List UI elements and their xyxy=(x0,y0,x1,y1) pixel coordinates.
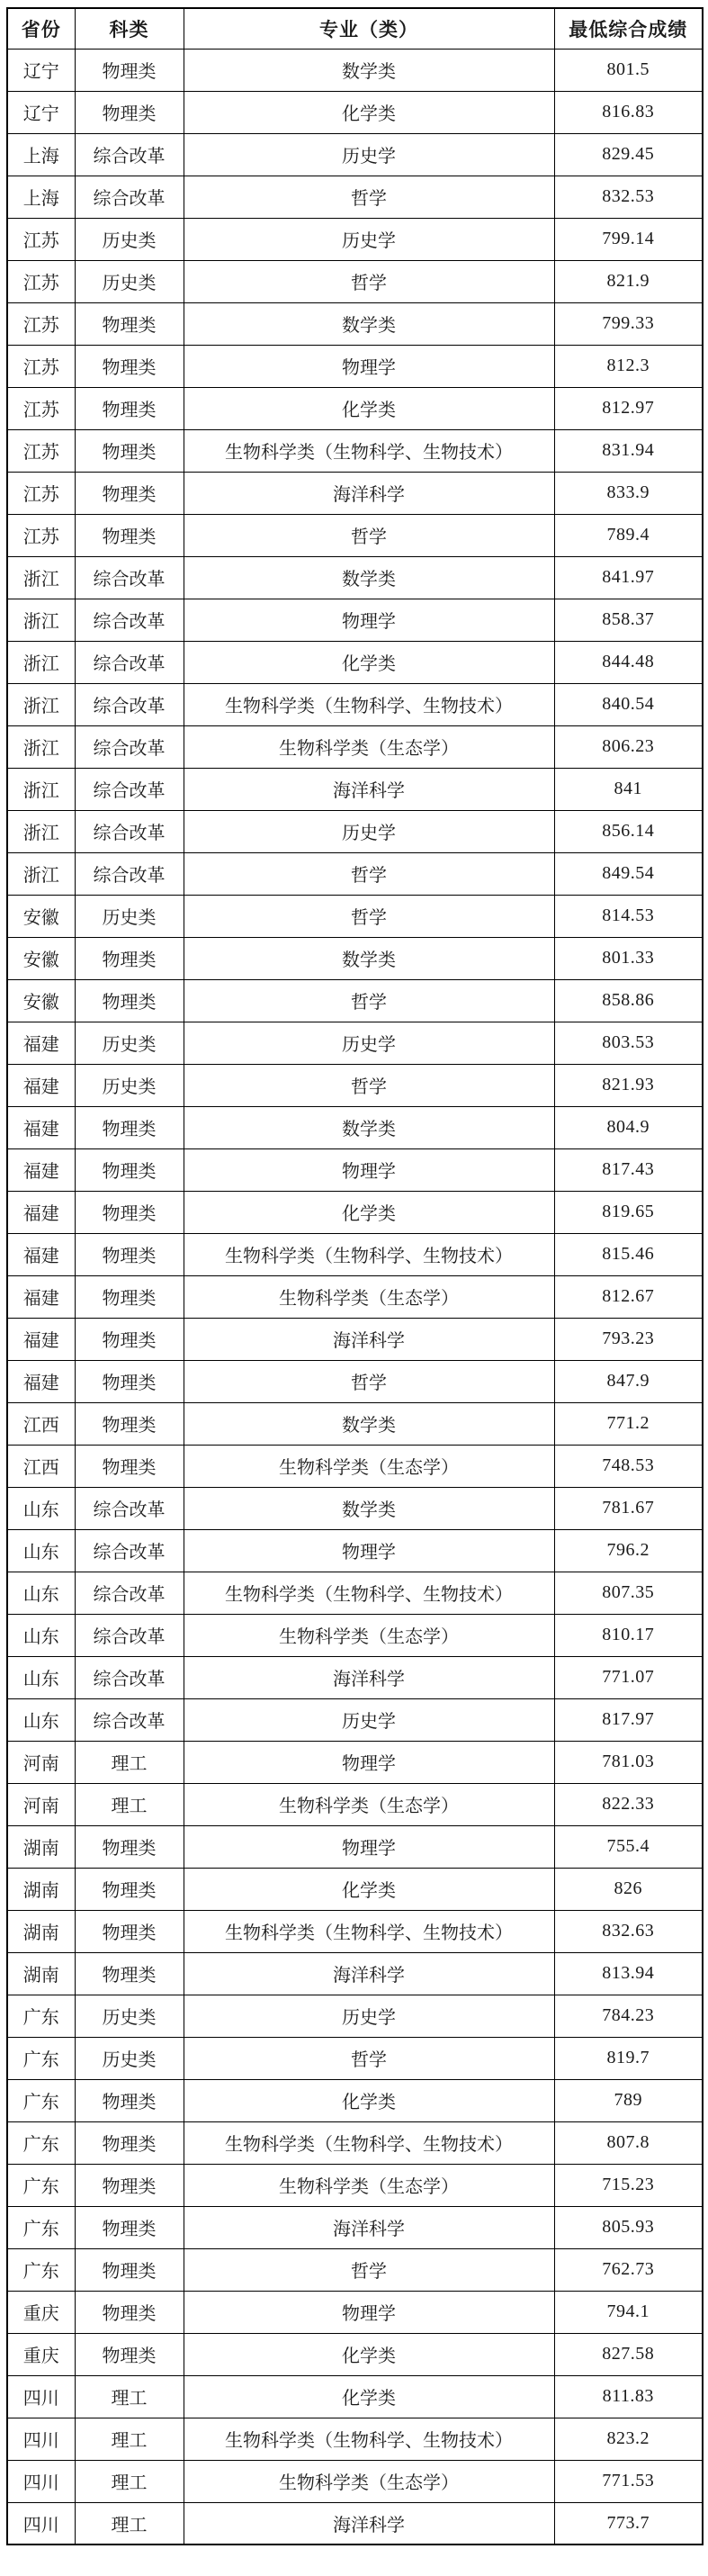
major-cell: 哲学 xyxy=(184,514,554,556)
table-row: 浙江综合改革历史学856.14 xyxy=(7,810,703,852)
score-cell: 833.9 xyxy=(554,472,703,514)
table-row: 湖南物理类海洋科学813.94 xyxy=(7,1952,703,1995)
score-cell: 762.73 xyxy=(554,2248,703,2291)
category-cell: 物理类 xyxy=(75,49,184,91)
table-row: 广东历史类历史学784.23 xyxy=(7,1995,703,2037)
table-row: 江苏物理类数学类799.33 xyxy=(7,302,703,345)
score-cell: 781.03 xyxy=(554,1741,703,1783)
province-cell: 福建 xyxy=(7,1275,75,1318)
category-cell: 物理类 xyxy=(75,2333,184,2375)
province-cell: 安徽 xyxy=(7,895,75,937)
category-cell: 综合改革 xyxy=(75,1656,184,1698)
table-row: 江苏物理类海洋科学833.9 xyxy=(7,472,703,514)
major-cell: 化学类 xyxy=(184,2333,554,2375)
category-cell: 物理类 xyxy=(75,2291,184,2333)
category-cell: 物理类 xyxy=(75,1910,184,1952)
score-cell: 771.2 xyxy=(554,1402,703,1445)
major-cell: 生物科学类（生态学） xyxy=(184,725,554,768)
category-cell: 综合改革 xyxy=(75,641,184,683)
major-cell: 海洋科学 xyxy=(184,472,554,514)
province-cell: 湖南 xyxy=(7,1868,75,1910)
major-cell: 生物科学类（生态学） xyxy=(184,1783,554,1825)
table-row: 浙江综合改革生物科学类（生物科学、生物技术）840.54 xyxy=(7,683,703,725)
category-cell: 综合改革 xyxy=(75,1614,184,1656)
score-cell: 821.9 xyxy=(554,260,703,302)
province-cell: 福建 xyxy=(7,1022,75,1064)
score-cell: 715.23 xyxy=(554,2164,703,2206)
score-cell: 805.93 xyxy=(554,2206,703,2248)
major-cell: 海洋科学 xyxy=(184,2206,554,2248)
category-cell: 物理类 xyxy=(75,1275,184,1318)
category-cell: 历史类 xyxy=(75,260,184,302)
score-cell: 771.53 xyxy=(554,2460,703,2502)
major-cell: 生物科学类（生态学） xyxy=(184,2460,554,2502)
category-cell: 物理类 xyxy=(75,2164,184,2206)
category-cell: 物理类 xyxy=(75,2079,184,2121)
major-cell: 化学类 xyxy=(184,2375,554,2418)
major-cell: 历史学 xyxy=(184,1995,554,2037)
score-cell: 796.2 xyxy=(554,1529,703,1572)
major-cell: 生物科学类（生态学） xyxy=(184,2164,554,2206)
score-cell: 807.8 xyxy=(554,2121,703,2164)
province-cell: 广东 xyxy=(7,1995,75,2037)
province-cell: 浙江 xyxy=(7,599,75,641)
major-cell: 生物科学类（生态学） xyxy=(184,1614,554,1656)
category-cell: 理工 xyxy=(75,2418,184,2460)
score-cell: 858.86 xyxy=(554,979,703,1022)
category-cell: 物理类 xyxy=(75,1233,184,1275)
header-row: 省份 科类 专业（类） 最低综合成绩 xyxy=(7,8,703,49)
score-cell: 789.4 xyxy=(554,514,703,556)
province-cell: 辽宁 xyxy=(7,49,75,91)
score-cell: 799.14 xyxy=(554,218,703,260)
score-cell: 801.33 xyxy=(554,937,703,979)
table-row: 山东综合改革历史学817.97 xyxy=(7,1698,703,1741)
major-cell: 物理学 xyxy=(184,599,554,641)
header-min-score: 最低综合成绩 xyxy=(554,8,703,49)
score-cell: 832.53 xyxy=(554,176,703,218)
province-cell: 浙江 xyxy=(7,852,75,895)
major-cell: 物理学 xyxy=(184,345,554,387)
category-cell: 历史类 xyxy=(75,895,184,937)
category-cell: 物理类 xyxy=(75,1318,184,1360)
score-cell: 819.7 xyxy=(554,2037,703,2079)
major-cell: 数学类 xyxy=(184,302,554,345)
province-cell: 江苏 xyxy=(7,260,75,302)
score-cell: 804.9 xyxy=(554,1106,703,1148)
major-cell: 数学类 xyxy=(184,1487,554,1529)
score-cell: 803.53 xyxy=(554,1022,703,1064)
table-row: 浙江综合改革海洋科学841 xyxy=(7,768,703,810)
province-cell: 四川 xyxy=(7,2460,75,2502)
category-cell: 综合改革 xyxy=(75,556,184,599)
table-row: 辽宁物理类数学类801.5 xyxy=(7,49,703,91)
category-cell: 理工 xyxy=(75,2375,184,2418)
major-cell: 数学类 xyxy=(184,556,554,599)
major-cell: 哲学 xyxy=(184,2037,554,2079)
category-cell: 历史类 xyxy=(75,218,184,260)
score-cell: 821.93 xyxy=(554,1064,703,1106)
table-row: 山东综合改革生物科学类（生物科学、生物技术）807.35 xyxy=(7,1572,703,1614)
category-cell: 物理类 xyxy=(75,1825,184,1868)
table-row: 福建历史类哲学821.93 xyxy=(7,1064,703,1106)
major-cell: 哲学 xyxy=(184,895,554,937)
score-cell: 817.97 xyxy=(554,1698,703,1741)
table-row: 福建物理类生物科学类（生态学）812.67 xyxy=(7,1275,703,1318)
major-cell: 生物科学类（生物科学、生物技术） xyxy=(184,683,554,725)
table-row: 四川理工海洋科学773.7 xyxy=(7,2502,703,2544)
province-cell: 山东 xyxy=(7,1656,75,1698)
major-cell: 历史学 xyxy=(184,133,554,176)
table-row: 四川理工生物科学类（生物科学、生物技术）823.2 xyxy=(7,2418,703,2460)
category-cell: 综合改革 xyxy=(75,810,184,852)
major-cell: 物理学 xyxy=(184,1825,554,1868)
province-cell: 山东 xyxy=(7,1572,75,1614)
score-cell: 801.5 xyxy=(554,49,703,91)
category-cell: 综合改革 xyxy=(75,176,184,218)
category-cell: 物理类 xyxy=(75,429,184,472)
table-row: 山东综合改革海洋科学771.07 xyxy=(7,1656,703,1698)
table-row: 浙江综合改革化学类844.48 xyxy=(7,641,703,683)
table-row: 辽宁物理类化学类816.83 xyxy=(7,91,703,133)
table-row: 重庆物理类化学类827.58 xyxy=(7,2333,703,2375)
major-cell: 生物科学类（生物科学、生物技术） xyxy=(184,429,554,472)
table-row: 浙江综合改革物理学858.37 xyxy=(7,599,703,641)
score-cell: 811.83 xyxy=(554,2375,703,2418)
table-row: 安徽历史类哲学814.53 xyxy=(7,895,703,937)
score-cell: 831.94 xyxy=(554,429,703,472)
major-cell: 物理学 xyxy=(184,1148,554,1191)
major-cell: 历史学 xyxy=(184,218,554,260)
province-cell: 河南 xyxy=(7,1741,75,1783)
province-cell: 四川 xyxy=(7,2502,75,2544)
category-cell: 物理类 xyxy=(75,1191,184,1233)
category-cell: 物理类 xyxy=(75,514,184,556)
major-cell: 哲学 xyxy=(184,852,554,895)
header-province: 省份 xyxy=(7,8,75,49)
major-cell: 哲学 xyxy=(184,260,554,302)
major-cell: 哲学 xyxy=(184,1064,554,1106)
major-cell: 生物科学类（生物科学、生物技术） xyxy=(184,1233,554,1275)
category-cell: 综合改革 xyxy=(75,1698,184,1741)
table-row: 重庆物理类物理学794.1 xyxy=(7,2291,703,2333)
score-cell: 826 xyxy=(554,1868,703,1910)
admission-score-table-container: 省份 科类 专业（类） 最低综合成绩 辽宁物理类数学类801.5辽宁物理类化学类… xyxy=(0,0,708,2545)
score-cell: 823.2 xyxy=(554,2418,703,2460)
major-cell: 化学类 xyxy=(184,1191,554,1233)
province-cell: 广东 xyxy=(7,2248,75,2291)
major-cell: 哲学 xyxy=(184,176,554,218)
major-cell: 数学类 xyxy=(184,1106,554,1148)
province-cell: 江苏 xyxy=(7,218,75,260)
province-cell: 山东 xyxy=(7,1614,75,1656)
province-cell: 浙江 xyxy=(7,768,75,810)
province-cell: 浙江 xyxy=(7,641,75,683)
category-cell: 综合改革 xyxy=(75,133,184,176)
category-cell: 综合改革 xyxy=(75,768,184,810)
table-row: 浙江综合改革数学类841.97 xyxy=(7,556,703,599)
table-row: 广东物理类生物科学类（生态学）715.23 xyxy=(7,2164,703,2206)
score-cell: 806.23 xyxy=(554,725,703,768)
table-row: 福建历史类历史学803.53 xyxy=(7,1022,703,1064)
score-cell: 814.53 xyxy=(554,895,703,937)
table-row: 湖南物理类生物科学类（生物科学、生物技术）832.63 xyxy=(7,1910,703,1952)
table-row: 江苏历史类哲学821.9 xyxy=(7,260,703,302)
major-cell: 哲学 xyxy=(184,979,554,1022)
table-row: 广东历史类哲学819.7 xyxy=(7,2037,703,2079)
score-cell: 841 xyxy=(554,768,703,810)
major-cell: 数学类 xyxy=(184,49,554,91)
major-cell: 生物科学类（生物科学、生物技术） xyxy=(184,1910,554,1952)
score-cell: 812.97 xyxy=(554,387,703,429)
major-cell: 数学类 xyxy=(184,1402,554,1445)
province-cell: 上海 xyxy=(7,176,75,218)
major-cell: 海洋科学 xyxy=(184,1318,554,1360)
category-cell: 物理类 xyxy=(75,91,184,133)
table-row: 山东综合改革生物科学类（生态学）810.17 xyxy=(7,1614,703,1656)
score-cell: 815.46 xyxy=(554,1233,703,1275)
score-cell: 841.97 xyxy=(554,556,703,599)
major-cell: 历史学 xyxy=(184,1022,554,1064)
province-cell: 江苏 xyxy=(7,472,75,514)
major-cell: 历史学 xyxy=(184,810,554,852)
category-cell: 物理类 xyxy=(75,2248,184,2291)
score-cell: 813.94 xyxy=(554,1952,703,1995)
province-cell: 重庆 xyxy=(7,2291,75,2333)
category-cell: 综合改革 xyxy=(75,852,184,895)
province-cell: 重庆 xyxy=(7,2333,75,2375)
province-cell: 江苏 xyxy=(7,514,75,556)
category-cell: 物理类 xyxy=(75,1148,184,1191)
category-cell: 物理类 xyxy=(75,1952,184,1995)
table-row: 安徽物理类数学类801.33 xyxy=(7,937,703,979)
score-cell: 748.53 xyxy=(554,1445,703,1487)
table-row: 福建物理类哲学847.9 xyxy=(7,1360,703,1402)
category-cell: 综合改革 xyxy=(75,599,184,641)
major-cell: 历史学 xyxy=(184,1698,554,1741)
province-cell: 福建 xyxy=(7,1318,75,1360)
table-row: 福建物理类化学类819.65 xyxy=(7,1191,703,1233)
province-cell: 浙江 xyxy=(7,683,75,725)
province-cell: 浙江 xyxy=(7,725,75,768)
score-cell: 840.54 xyxy=(554,683,703,725)
province-cell: 福建 xyxy=(7,1148,75,1191)
major-cell: 物理学 xyxy=(184,2291,554,2333)
province-cell: 福建 xyxy=(7,1064,75,1106)
major-cell: 生物科学类（生物科学、生物技术） xyxy=(184,2121,554,2164)
major-cell: 生物科学类（生物科学、生物技术） xyxy=(184,2418,554,2460)
category-cell: 物理类 xyxy=(75,937,184,979)
table-row: 山东综合改革数学类781.67 xyxy=(7,1487,703,1529)
category-cell: 物理类 xyxy=(75,1445,184,1487)
score-cell: 771.07 xyxy=(554,1656,703,1698)
table-row: 浙江综合改革哲学849.54 xyxy=(7,852,703,895)
major-cell: 化学类 xyxy=(184,641,554,683)
province-cell: 广东 xyxy=(7,2206,75,2248)
province-cell: 安徽 xyxy=(7,937,75,979)
score-cell: 755.4 xyxy=(554,1825,703,1868)
major-cell: 海洋科学 xyxy=(184,768,554,810)
score-cell: 844.48 xyxy=(554,641,703,683)
table-row: 四川理工生物科学类（生态学）771.53 xyxy=(7,2460,703,2502)
province-cell: 辽宁 xyxy=(7,91,75,133)
score-cell: 794.1 xyxy=(554,2291,703,2333)
province-cell: 四川 xyxy=(7,2418,75,2460)
table-row: 福建物理类海洋科学793.23 xyxy=(7,1318,703,1360)
score-cell: 847.9 xyxy=(554,1360,703,1402)
category-cell: 物理类 xyxy=(75,302,184,345)
table-body: 辽宁物理类数学类801.5辽宁物理类化学类816.83上海综合改革历史学829.… xyxy=(7,49,703,2544)
table-row: 浙江综合改革生物科学类（生态学）806.23 xyxy=(7,725,703,768)
category-cell: 物理类 xyxy=(75,345,184,387)
category-cell: 物理类 xyxy=(75,472,184,514)
score-cell: 793.23 xyxy=(554,1318,703,1360)
province-cell: 广东 xyxy=(7,2037,75,2079)
province-cell: 山东 xyxy=(7,1487,75,1529)
category-cell: 历史类 xyxy=(75,1995,184,2037)
table-row: 福建物理类数学类804.9 xyxy=(7,1106,703,1148)
major-cell: 海洋科学 xyxy=(184,2502,554,2544)
category-cell: 综合改革 xyxy=(75,725,184,768)
score-cell: 856.14 xyxy=(554,810,703,852)
province-cell: 浙江 xyxy=(7,556,75,599)
table-row: 江西物理类数学类771.2 xyxy=(7,1402,703,1445)
table-row: 河南理工生物科学类（生态学）822.33 xyxy=(7,1783,703,1825)
category-cell: 物理类 xyxy=(75,1106,184,1148)
major-cell: 哲学 xyxy=(184,1360,554,1402)
category-cell: 理工 xyxy=(75,1741,184,1783)
table-row: 广东物理类哲学762.73 xyxy=(7,2248,703,2291)
province-cell: 广东 xyxy=(7,2079,75,2121)
score-cell: 816.83 xyxy=(554,91,703,133)
score-cell: 789 xyxy=(554,2079,703,2121)
category-cell: 历史类 xyxy=(75,1022,184,1064)
table-row: 江苏物理类生物科学类（生物科学、生物技术）831.94 xyxy=(7,429,703,472)
major-cell: 化学类 xyxy=(184,2079,554,2121)
category-cell: 物理类 xyxy=(75,1868,184,1910)
admission-score-table: 省份 科类 专业（类） 最低综合成绩 辽宁物理类数学类801.5辽宁物理类化学类… xyxy=(6,7,704,2545)
category-cell: 历史类 xyxy=(75,2037,184,2079)
table-row: 河南理工物理学781.03 xyxy=(7,1741,703,1783)
score-cell: 829.45 xyxy=(554,133,703,176)
score-cell: 827.58 xyxy=(554,2333,703,2375)
province-cell: 江苏 xyxy=(7,429,75,472)
major-cell: 数学类 xyxy=(184,937,554,979)
province-cell: 湖南 xyxy=(7,1910,75,1952)
major-cell: 化学类 xyxy=(184,1868,554,1910)
table-row: 湖南物理类化学类826 xyxy=(7,1868,703,1910)
province-cell: 四川 xyxy=(7,2375,75,2418)
province-cell: 湖南 xyxy=(7,1825,75,1868)
category-cell: 理工 xyxy=(75,2460,184,2502)
province-cell: 山东 xyxy=(7,1529,75,1572)
province-cell: 山东 xyxy=(7,1698,75,1741)
table-row: 江苏物理类物理学812.3 xyxy=(7,345,703,387)
score-cell: 807.35 xyxy=(554,1572,703,1614)
category-cell: 物理类 xyxy=(75,1402,184,1445)
category-cell: 理工 xyxy=(75,1783,184,1825)
major-cell: 海洋科学 xyxy=(184,1656,554,1698)
table-row: 四川理工化学类811.83 xyxy=(7,2375,703,2418)
score-cell: 773.7 xyxy=(554,2502,703,2544)
table-row: 广东物理类化学类789 xyxy=(7,2079,703,2121)
category-cell: 历史类 xyxy=(75,1064,184,1106)
major-cell: 化学类 xyxy=(184,387,554,429)
score-cell: 810.17 xyxy=(554,1614,703,1656)
table-row: 福建物理类生物科学类（生物科学、生物技术）815.46 xyxy=(7,1233,703,1275)
major-cell: 物理学 xyxy=(184,1529,554,1572)
score-cell: 858.37 xyxy=(554,599,703,641)
score-cell: 812.3 xyxy=(554,345,703,387)
province-cell: 上海 xyxy=(7,133,75,176)
table-row: 江西物理类生物科学类（生态学）748.53 xyxy=(7,1445,703,1487)
table-row: 广东物理类生物科学类（生物科学、生物技术）807.8 xyxy=(7,2121,703,2164)
score-cell: 812.67 xyxy=(554,1275,703,1318)
score-cell: 781.67 xyxy=(554,1487,703,1529)
major-cell: 海洋科学 xyxy=(184,1952,554,1995)
major-cell: 生物科学类（生态学） xyxy=(184,1275,554,1318)
category-cell: 理工 xyxy=(75,2502,184,2544)
category-cell: 物理类 xyxy=(75,387,184,429)
category-cell: 综合改革 xyxy=(75,1572,184,1614)
score-cell: 799.33 xyxy=(554,302,703,345)
score-cell: 819.65 xyxy=(554,1191,703,1233)
table-row: 江苏物理类哲学789.4 xyxy=(7,514,703,556)
table-row: 福建物理类物理学817.43 xyxy=(7,1148,703,1191)
province-cell: 福建 xyxy=(7,1106,75,1148)
province-cell: 江西 xyxy=(7,1445,75,1487)
category-cell: 综合改革 xyxy=(75,1529,184,1572)
major-cell: 生物科学类（生态学） xyxy=(184,1445,554,1487)
category-cell: 物理类 xyxy=(75,1360,184,1402)
table-row: 上海综合改革历史学829.45 xyxy=(7,133,703,176)
province-cell: 江苏 xyxy=(7,345,75,387)
score-cell: 849.54 xyxy=(554,852,703,895)
table-row: 湖南物理类物理学755.4 xyxy=(7,1825,703,1868)
province-cell: 广东 xyxy=(7,2164,75,2206)
score-cell: 784.23 xyxy=(554,1995,703,2037)
category-cell: 综合改革 xyxy=(75,683,184,725)
category-cell: 综合改革 xyxy=(75,1487,184,1529)
province-cell: 江西 xyxy=(7,1402,75,1445)
score-cell: 817.43 xyxy=(554,1148,703,1191)
category-cell: 物理类 xyxy=(75,2121,184,2164)
header-major: 专业（类） xyxy=(184,8,554,49)
table-row: 江苏历史类历史学799.14 xyxy=(7,218,703,260)
province-cell: 广东 xyxy=(7,2121,75,2164)
province-cell: 河南 xyxy=(7,1783,75,1825)
province-cell: 江苏 xyxy=(7,387,75,429)
category-cell: 物理类 xyxy=(75,2206,184,2248)
province-cell: 安徽 xyxy=(7,979,75,1022)
province-cell: 江苏 xyxy=(7,302,75,345)
province-cell: 福建 xyxy=(7,1233,75,1275)
category-cell: 物理类 xyxy=(75,979,184,1022)
header-category: 科类 xyxy=(75,8,184,49)
score-cell: 822.33 xyxy=(554,1783,703,1825)
major-cell: 生物科学类（生物科学、生物技术） xyxy=(184,1572,554,1614)
major-cell: 哲学 xyxy=(184,2248,554,2291)
table-row: 广东物理类海洋科学805.93 xyxy=(7,2206,703,2248)
table-row: 江苏物理类化学类812.97 xyxy=(7,387,703,429)
major-cell: 化学类 xyxy=(184,91,554,133)
province-cell: 福建 xyxy=(7,1191,75,1233)
table-row: 山东综合改革物理学796.2 xyxy=(7,1529,703,1572)
province-cell: 福建 xyxy=(7,1360,75,1402)
table-row: 上海综合改革哲学832.53 xyxy=(7,176,703,218)
province-cell: 湖南 xyxy=(7,1952,75,1995)
table-row: 安徽物理类哲学858.86 xyxy=(7,979,703,1022)
